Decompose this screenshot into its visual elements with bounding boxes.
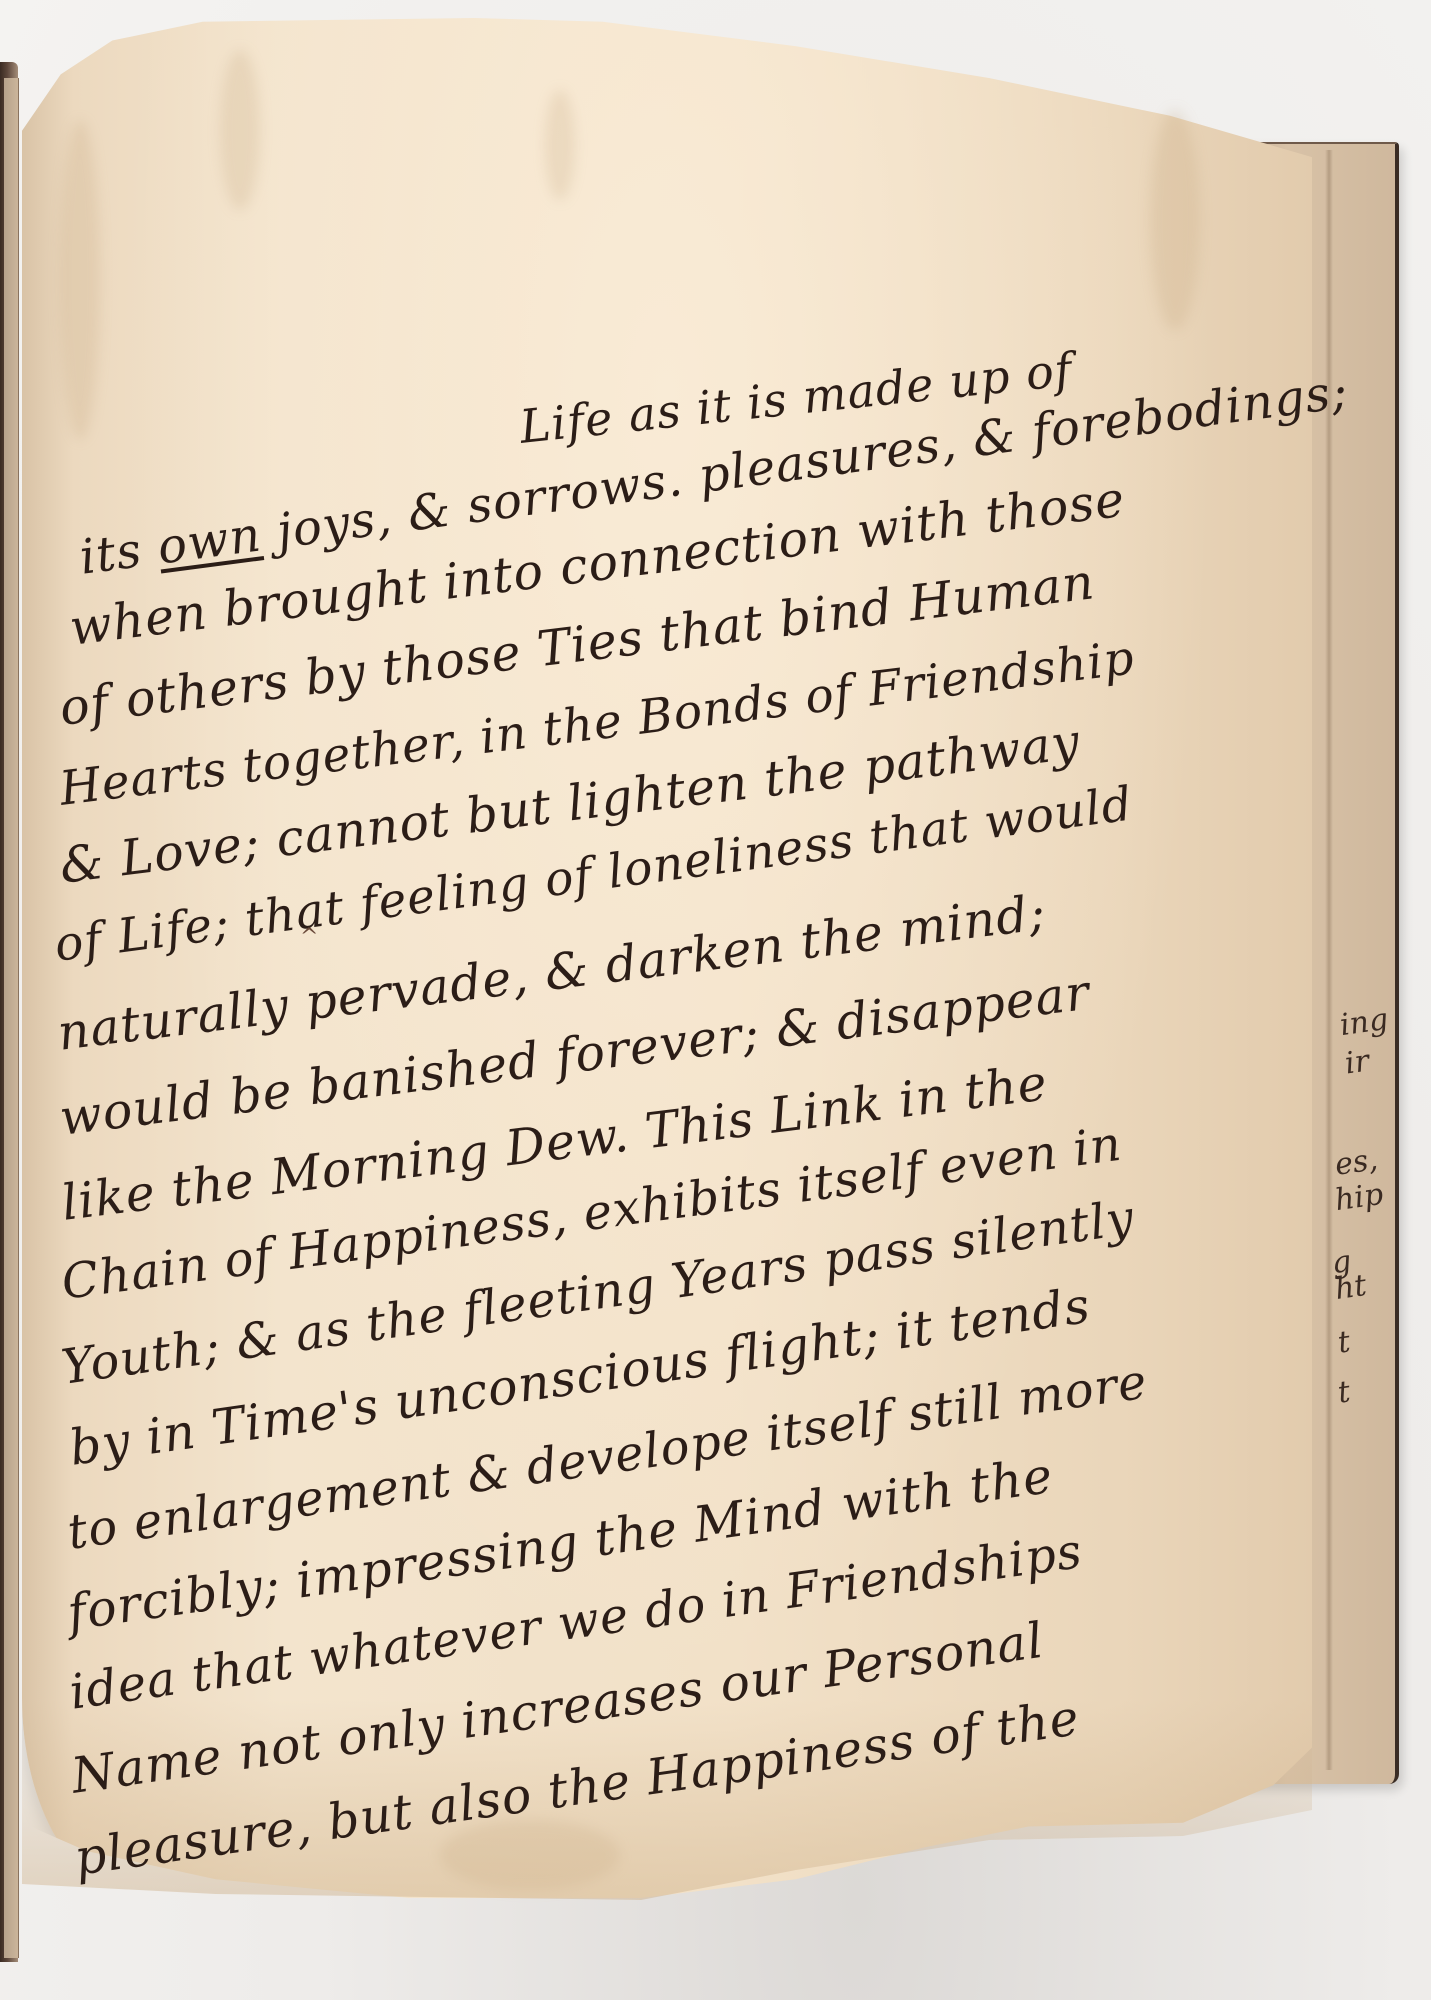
margin-fragment: hip: [1333, 1177, 1386, 1218]
page-stain: [60, 120, 100, 440]
page-stain: [220, 50, 260, 210]
page-stain: [1150, 110, 1200, 330]
insertion-caret: ^: [300, 925, 319, 950]
margin-fragment: ir: [1343, 1044, 1372, 1082]
margin-fragment: ing: [1338, 1002, 1391, 1043]
page-stain: [545, 90, 575, 200]
previous-page-edge: [4, 78, 19, 1958]
margin-fragment: es,: [1333, 1142, 1380, 1183]
margin-fragment: ht: [1333, 1268, 1369, 1307]
